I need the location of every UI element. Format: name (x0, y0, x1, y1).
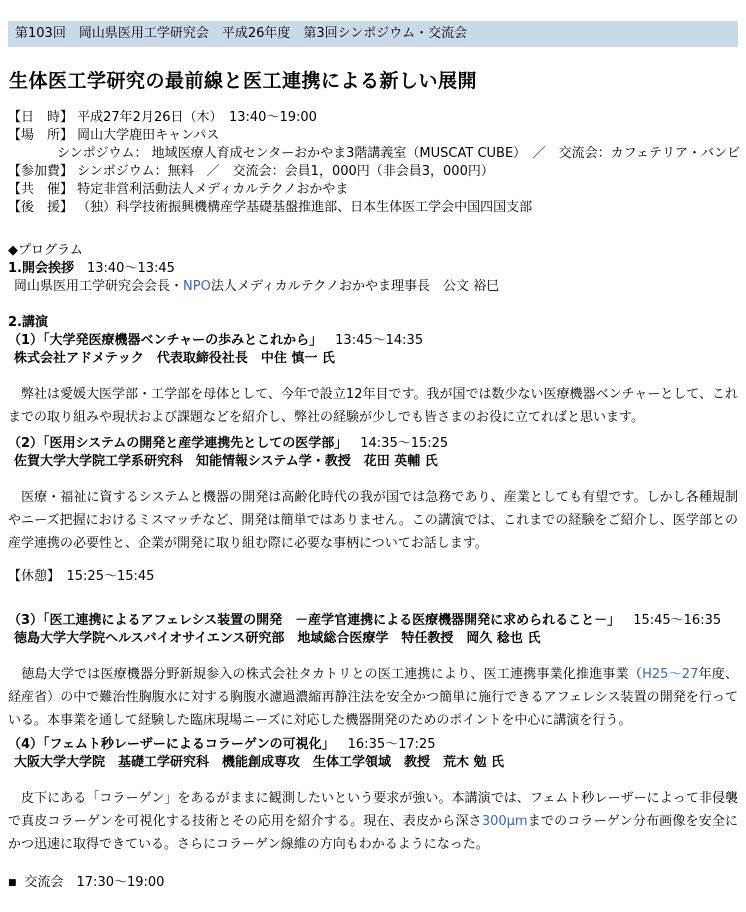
session-4-abstract: 皮下にある「コラーゲン」をあるがままに観測したいという要求が強い。本講演では、フ… (8, 787, 738, 856)
opening-remarks-label: 1.開会挨拶 (8, 261, 74, 276)
event-header-bar: 第103回 岡山県医用工学研究会 平成26年度 第3回シンポジウム・交流会 (8, 21, 738, 47)
session-3-title: （3）「医工連携によるアフェレシス装置の開発 －産学官連携による医療機器開発に求… (8, 613, 620, 628)
session-3-abstract-pre: 徳島大学では医療機器分野新規参入の株式会社タカトリとの医工連携により、医工連携事… (8, 667, 642, 682)
program-heading: ◆プログラム (8, 242, 738, 260)
session-3-abstract: 徳島大学では医療機器分野新規参入の株式会社タカトリとの医工連携により、医工連携事… (8, 663, 738, 732)
session-1: （1）「大学発医療機器ベンチャーの歩みとこれから」13:45～14:35 株式会… (8, 332, 738, 429)
square-bullet-icon: ■ (8, 878, 17, 888)
session-2-title-line: （2）「医用システムの開発と産学連携先としての医学部」14:35～15:25 (8, 435, 738, 453)
session-4-time: 16:35～17:25 (348, 737, 436, 752)
session-3: （3）「医工連携によるアフェレシス装置の開発 －産学官連携による医療機器開発に求… (8, 612, 738, 732)
page-title: 生体医工学研究の最前線と医工連携による新しい展開 (9, 66, 738, 93)
info-datetime: 【日 時】 平成27年2月26日（木） 13:40～19:00 (8, 109, 738, 127)
social-gathering-text: 交流会 17:30～19:00 (25, 875, 165, 890)
session-3-speaker: 徳島大学大学院ヘルスバイオサイエンス研究部 地域総合医療学 特任教授 岡久 稔也… (8, 630, 738, 648)
session-4-speaker: 大阪大学大学院 基礎工学研究科 機能創成専攻 生体工学領域 教授 荒木 勉 氏 (8, 754, 738, 772)
info-fee: 【参加費】 シンポジウム：無料 ／ 交流会：会員1，000円（非会員3，000円… (8, 163, 738, 181)
event-header-text: 第103回 岡山県医用工学研究会 平成26年度 第3回シンポジウム・交流会 (15, 26, 467, 41)
info-place: 【場 所】 岡山大学鹿田キャンパス (8, 127, 738, 145)
opening-remarks-time: 13:40～13:45 (87, 261, 175, 276)
session-3-time: 15:45～16:35 (633, 613, 721, 628)
opening-remarks-speaker: 岡山県医用工学研究会会長・NPO法人メディカルテクノおかやま理事長 公文 裕巳 (8, 278, 738, 296)
session-1-time: 13:45～14:35 (335, 333, 423, 348)
program-section: ◆プログラム 1.開会挨拶13:40～13:45 岡山県医用工学研究会会長・NP… (8, 242, 738, 892)
event-info-block: 【日 時】 平成27年2月26日（木） 13:40～19:00 【場 所】 岡山… (8, 109, 738, 217)
session-4: （4）「フェムト秒レーザーによるコラーゲンの可視化」16:35～17:25 大阪… (8, 736, 738, 856)
opening-remarks-line: 1.開会挨拶13:40～13:45 (8, 260, 738, 278)
document-page: 第103回 岡山県医用工学研究会 平成26年度 第3回シンポジウム・交流会 生体… (0, 0, 746, 912)
session-1-abstract: 弊社は愛媛大医学部・工学部を母体として、今年で設立12年目です。我が国では数少な… (8, 383, 738, 429)
session-2-title: （2）「医用システムの開発と産学連携先としての医学部」 (8, 436, 347, 451)
session-2-speaker: 佐賀大学大学院工学系研究科 知能情報システム学・教授 花田 英輔 氏 (8, 453, 738, 471)
session-3-title-line: （3）「医工連携によるアフェレシス装置の開発 －産学官連携による医療機器開発に求… (8, 612, 738, 630)
session-2-abstract-pre: 医療・福祉に資するシステムと機器の開発は高齢化時代の我が国では急務であり、産業と… (8, 490, 738, 551)
session-1-speaker: 株式会社アドメテック 代表取締役社長 中住 慎一 氏 (8, 350, 738, 368)
opening-speaker-pre: 岡山県医用工学研究会会長・ (14, 279, 183, 294)
session-1-title-line: （1）「大学発医療機器ベンチャーの歩みとこれから」13:45～14:35 (8, 332, 738, 350)
session-2-time: 14:35～15:25 (360, 436, 448, 451)
lecture-section-heading: 2.講演 (8, 314, 738, 332)
info-cohost: 【共 催】 特定非営利活動法人メディカルテクノおかやま (8, 181, 738, 199)
opening-speaker-accent: NPO (183, 279, 211, 294)
info-support: 【後 援】 （独）科学技術振興機構産学基礎基盤推進部、日本生体医工学会中国四国支… (8, 199, 738, 217)
session-1-abstract-pre: 弊社は愛媛大医学部・工学部を母体として、今年で設立12年目です。我が国では数少な… (8, 387, 738, 425)
opening-speaker-post: 法人メディカルテクノおかやま理事長 公文 裕巳 (211, 279, 499, 294)
break-line: 【休憩】 15:25～15:45 (8, 568, 738, 586)
session-4-title-line: （4）「フェムト秒レーザーによるコラーゲンの可視化」16:35～17:25 (8, 736, 738, 754)
session-4-title: （4）「フェムト秒レーザーによるコラーゲンの可視化」 (8, 737, 335, 752)
session-1-title: （1）「大学発医療機器ベンチャーの歩みとこれから」 (8, 333, 322, 348)
session-2-abstract: 医療・福祉に資するシステムと機器の開発は高齢化時代の我が国では急務であり、産業と… (8, 486, 738, 555)
info-place-detail: シンポジウム： 地域医療人育成センターおかやま3階講義室（MUSCAT CUBE… (8, 145, 738, 163)
session-3-abstract-accent: H25～27 (642, 667, 698, 682)
social-gathering-line: ■交流会 17:30～19:00 (8, 874, 738, 892)
session-4-abstract-accent: 300μm (482, 814, 528, 829)
session-2: （2）「医用システムの開発と産学連携先としての医学部」14:35～15:25 佐… (8, 435, 738, 555)
